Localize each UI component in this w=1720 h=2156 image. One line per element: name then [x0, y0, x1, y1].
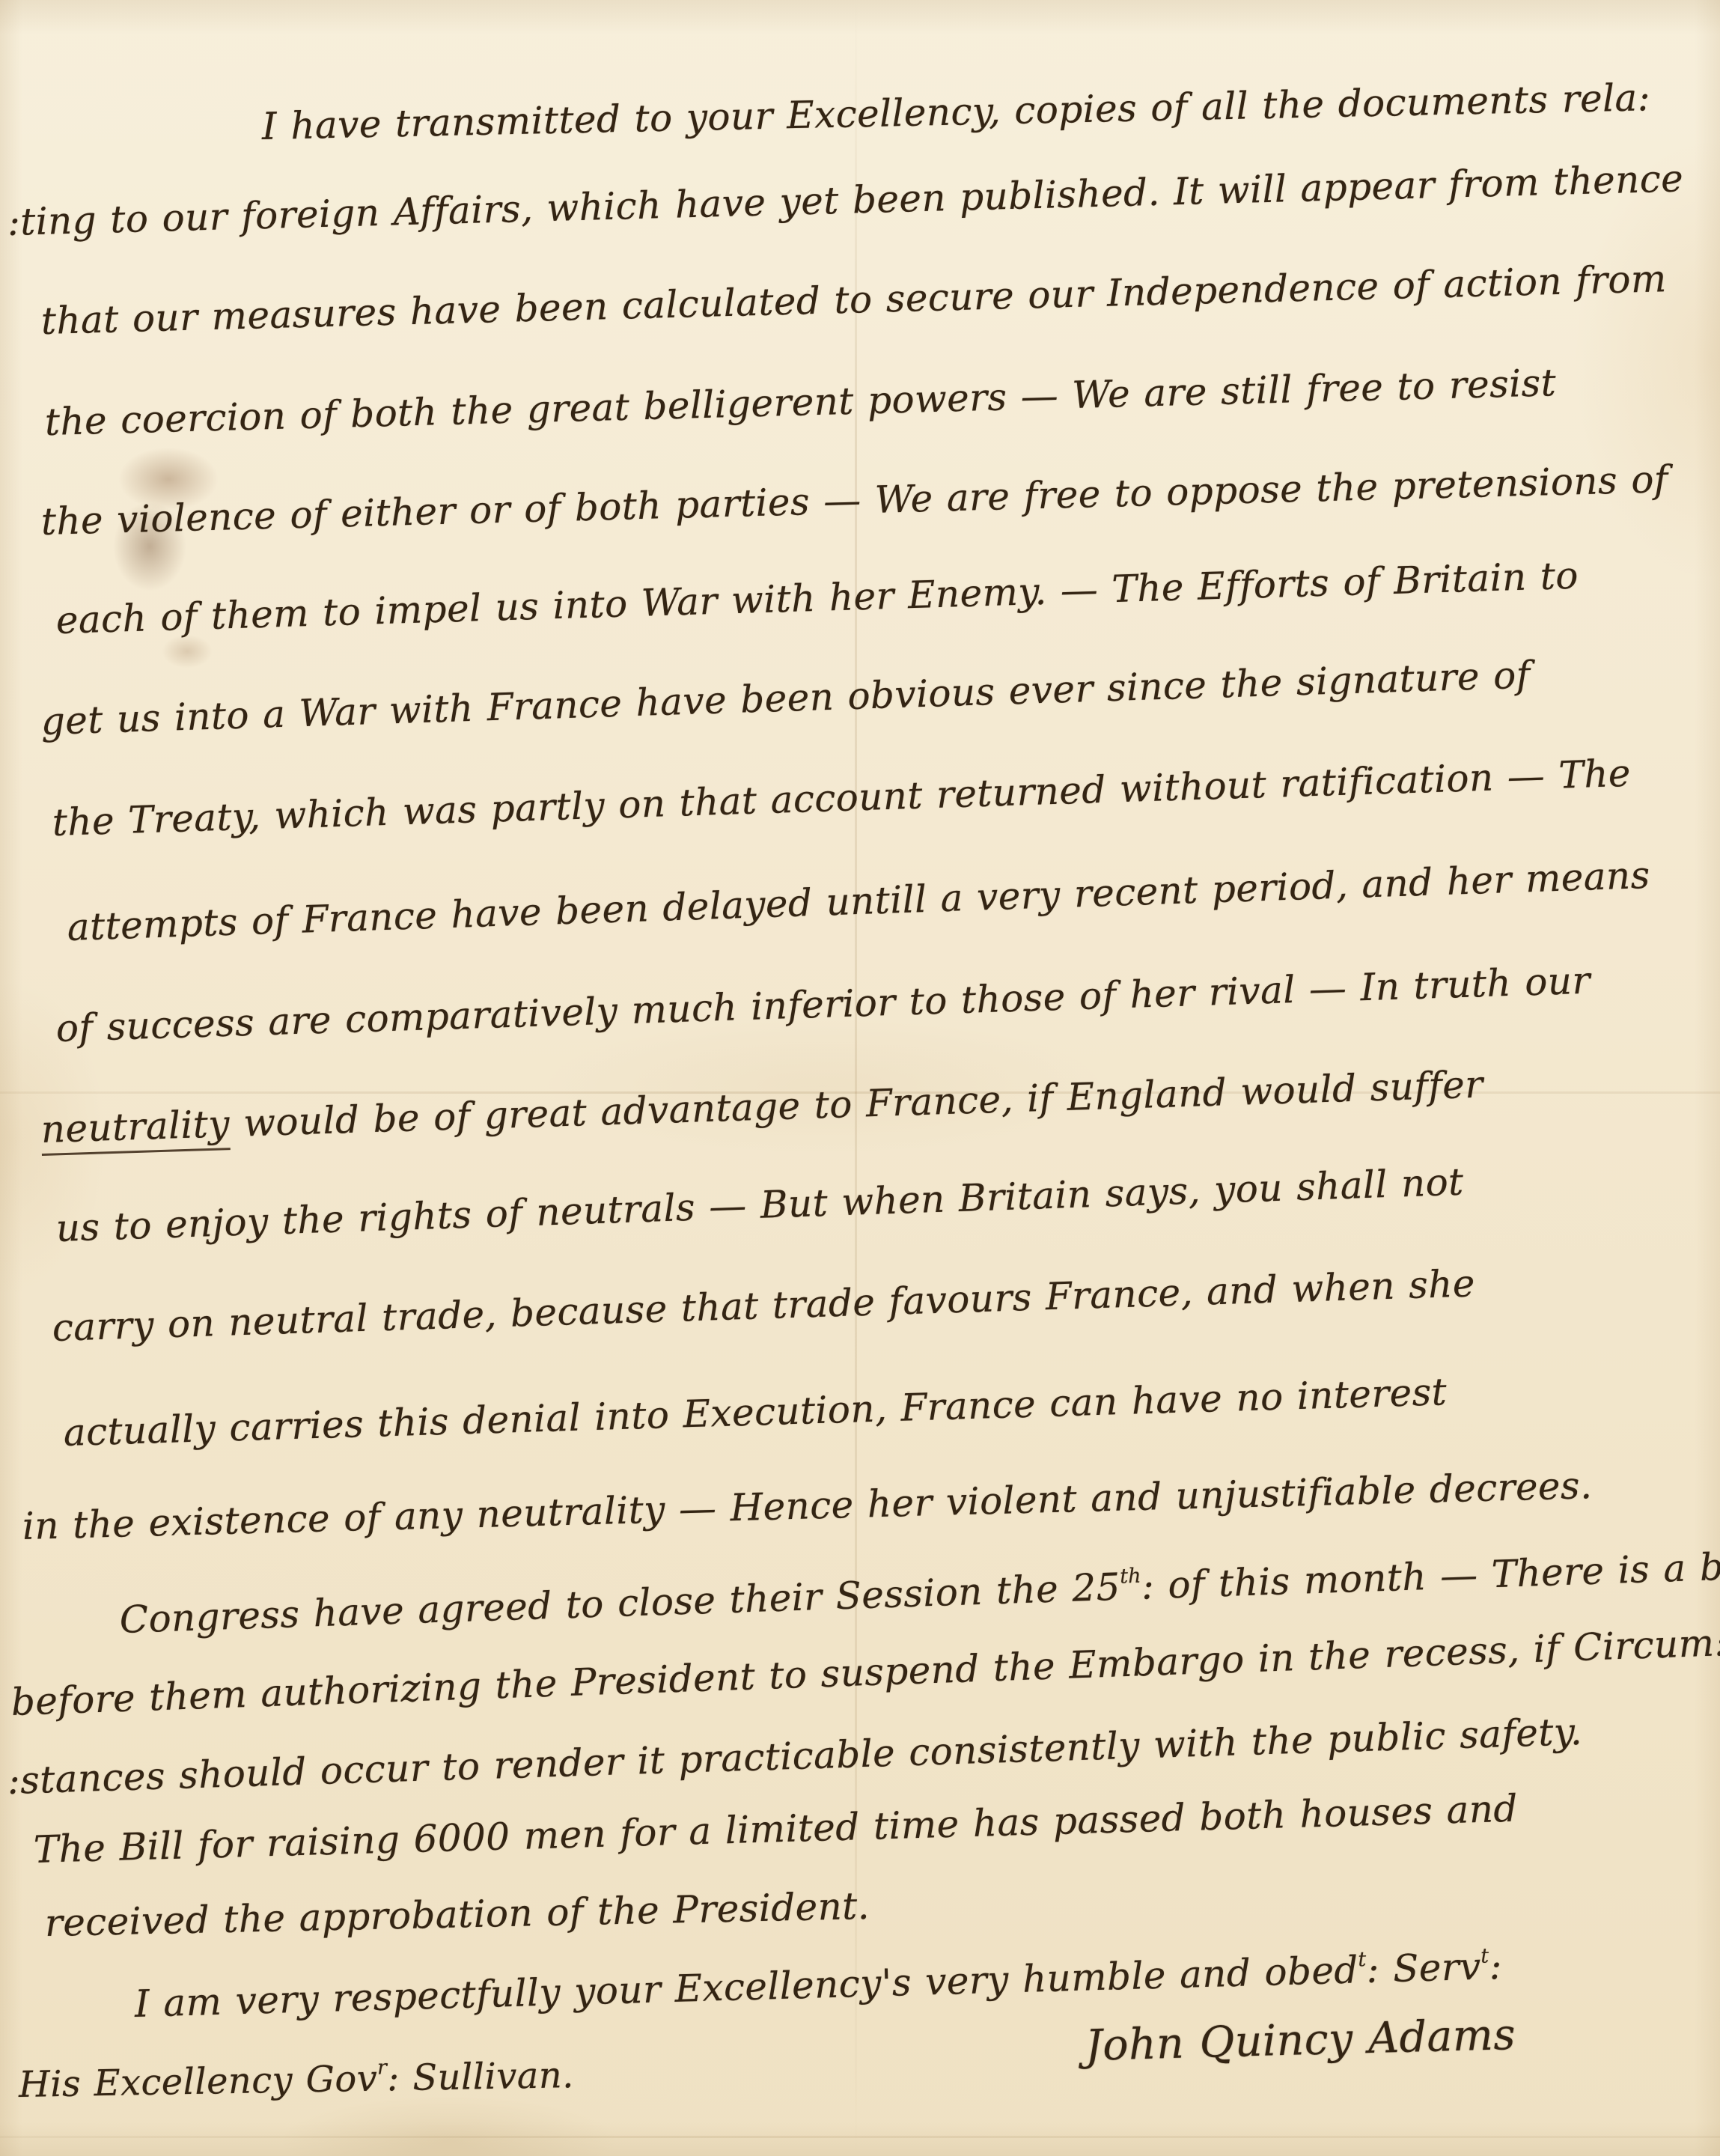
superscript-text-segment: t	[1358, 1948, 1367, 1971]
text-segment: received the approbation of the Presiden…	[44, 1884, 870, 1945]
letter-line: the Treaty, which was partly on that acc…	[52, 752, 1632, 850]
text-segment: :ting to our foreign Affairs, which have…	[7, 156, 1684, 244]
letter-line: each of them to impel us into War with h…	[55, 554, 1579, 648]
letter-line: of success are comparatively much inferi…	[55, 959, 1591, 1056]
superscript-text-segment: t	[1480, 1944, 1489, 1967]
letter-line: I have transmitted to your Excellency, c…	[261, 76, 1650, 154]
letter-line: in the existence of any neutrality — Hen…	[22, 1464, 1593, 1554]
letter-line: attempts of France have been delayed unt…	[67, 853, 1651, 955]
text-segment: the Treaty, which was partly on that acc…	[52, 752, 1632, 844]
text-segment: His Excellency Gov	[18, 2058, 377, 2106]
text-segment: : of this month — There is a bill	[1141, 1544, 1720, 1607]
text-segment: I am very respectfully your Excellency's…	[134, 1948, 1358, 2026]
signature-line: John Quincy Adams	[1085, 2010, 1516, 2071]
letter-line: :ting to our foreign Affairs, which have…	[7, 156, 1684, 250]
text-segment: that our measures have been calculated t…	[40, 257, 1667, 343]
letter-line: the coercion of both the great belligere…	[44, 361, 1557, 450]
underlined-text-segment: neutrality	[40, 1102, 231, 1156]
text-segment: Congress have agreed to close their Sess…	[119, 1565, 1121, 1642]
letter-line: us to enjoy the rights of neutrals — But…	[55, 1160, 1465, 1256]
letter-line: neutrality would be of great advantage t…	[40, 1062, 1484, 1157]
letter-line: carry on neutral trade, because that tra…	[52, 1261, 1476, 1356]
letter-line: received the approbation of the Presiden…	[44, 1884, 870, 1951]
text-segment: John Quincy Adams	[1085, 2010, 1516, 2071]
text-segment: carry on neutral trade, because that tra…	[52, 1261, 1476, 1350]
text-segment: get us into a War with France have been …	[40, 653, 1531, 743]
text-segment: actually carries this denial into Execut…	[63, 1370, 1448, 1455]
superscript-text-segment: r	[377, 2056, 387, 2079]
text-segment: the coercion of both the great belligere…	[44, 361, 1557, 444]
text-segment: of success are comparatively much inferi…	[55, 959, 1591, 1050]
letter-line: actually carries this denial into Execut…	[63, 1370, 1448, 1461]
text-segment: us to enjoy the rights of neutrals — But…	[55, 1160, 1465, 1250]
addressee-line: His Excellency Govr: Sullivan.	[18, 2054, 574, 2113]
letter-page: I have transmitted to your Excellency, c…	[0, 0, 1720, 2156]
text-segment: : Sullivan.	[387, 2054, 575, 2099]
bottom-fold-crease	[0, 2136, 1720, 2138]
text-segment: :	[1489, 1944, 1503, 1988]
superscript-text-segment: th	[1120, 1565, 1141, 1589]
text-segment: : Serv	[1366, 1945, 1482, 1991]
letter-line: get us into a War with France have been …	[40, 653, 1531, 749]
text-segment: I have transmitted to your Excellency, c…	[261, 76, 1650, 148]
text-segment: in the existence of any neutrality — Hen…	[22, 1464, 1593, 1548]
text-segment: attempts of France have been delayed unt…	[67, 853, 1651, 949]
text-segment: each of them to impel us into War with h…	[55, 554, 1579, 642]
letter-line: that our measures have been calculated t…	[40, 257, 1667, 349]
text-segment: :stances should occur to render it pract…	[7, 1710, 1583, 1803]
